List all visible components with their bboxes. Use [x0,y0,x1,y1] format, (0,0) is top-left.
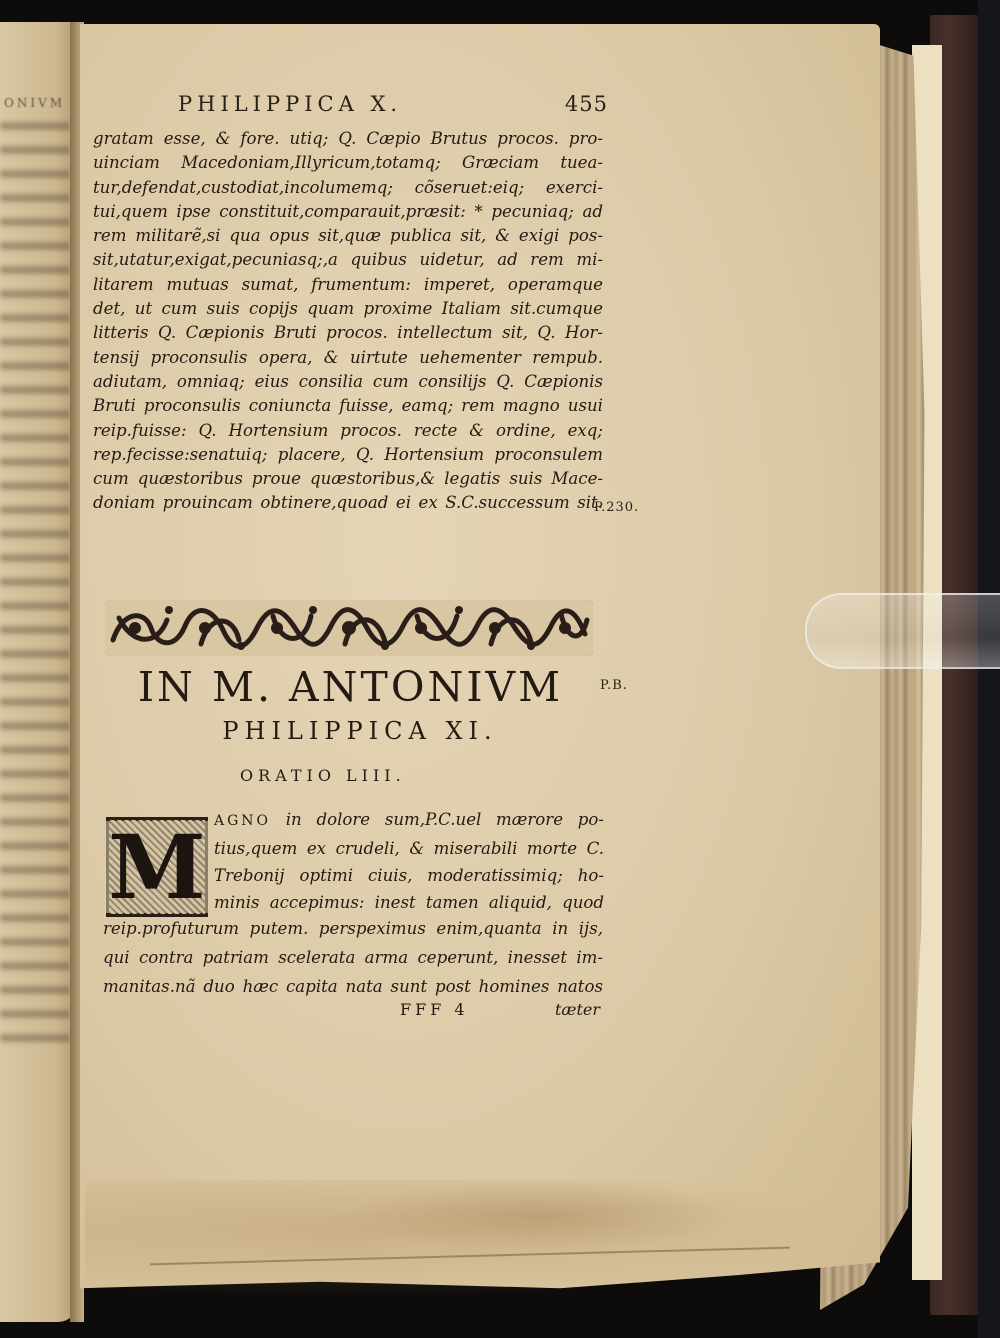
scanner-background [978,0,1000,1338]
catchword: tæter [555,1000,600,1019]
margin-note-pb: P.B. [600,678,628,693]
page-number: 455 [565,92,608,116]
opening-word: AGNO [214,813,271,829]
margin-note-page-ref: P.230. [594,500,639,515]
text-line: gratam esse, & fore. utiq; Q. Cæpio Brut… [93,127,603,151]
running-head-title: PHILIPPICA X. [178,92,402,116]
signature-mark: FFF 4 [400,1000,469,1019]
text-line: uinciam Macedoniam,Illyricum,totamq; Græ… [93,151,603,175]
text-line: qui contra patriam scelerata arma ceperu… [103,943,603,972]
text-line: tur,defendat,custodiat,incolumemq; cõser… [93,176,603,200]
decorated-initial: M [106,817,208,917]
text-line: litarem mutuas sumat, frumentum: imperet… [93,273,603,297]
text-line: doniam prouincam obtinere,quoad ei ex S.… [93,491,603,515]
running-head: PHILIPPICA X. 455 [178,92,608,116]
text-line: rep.fecisse:senatuiq; placere, Q. Horten… [93,443,603,467]
text-line: manitas.nã duo hæc capita nata sunt post… [103,972,603,1001]
text-line: minis accepimus: inest tamen aliquid, qu… [214,889,604,916]
left-page: ONIVM [0,22,78,1322]
text-line: Bruti proconsulis coniuncta fuisse, eamq… [93,394,603,418]
text-line: rem militarẽ,si qua opus sit,quæ publica… [93,224,603,248]
text-line: reip.profuturum putem. perspeximus enim,… [103,914,603,943]
drop-cap-letter: M [104,821,209,913]
text-line: AGNO in dolore sum,P.C.uel mærore po- [214,806,604,835]
left-page-running-head: ONIVM [4,96,65,110]
scrollwork-icon [105,600,593,656]
text-line: adiutam, omniaq; eius consilia cum consi… [93,370,603,394]
oration-text: reip.profuturum putem. perspeximus enim,… [103,914,603,1001]
text-line: det, ut cum suis copijs quam proxime Ita… [93,297,603,321]
text-line: litteris Q. Cæpionis Bruti procos. intel… [93,321,603,345]
text-line: tensij proconsulis opera, & uirtute uehe… [93,346,603,370]
text-line: reip.fuisse: Q. Hortensium procos. recte… [93,419,603,443]
oration-opening-lines: AGNO in dolore sum,P.C.uel mærore po- ti… [214,806,604,916]
ornamental-headpiece [105,600,593,656]
text-line: tius,quem ex crudeli, & miserabili morte… [214,835,604,862]
oration-number: ORATIO LIII. [240,766,470,785]
text-line: tui,quem ipse constituit,comparauit,præs… [93,200,603,224]
oration-subtitle: PHILIPPICA XI. [200,717,520,745]
text-line: Trebonij optimi ciuis, moderatissimiq; h… [214,862,604,889]
text-line: sit,utatur,exigat,pecuniasq;,a quibus ui… [93,248,603,272]
text-line: cum quæstoribus proue quæstoribus,& lega… [93,467,603,491]
oration-title: IN M. ANTONIVM [118,663,583,711]
body-text: gratam esse, & fore. utiq; Q. Cæpio Brut… [93,127,603,516]
page-clip [805,593,1000,669]
